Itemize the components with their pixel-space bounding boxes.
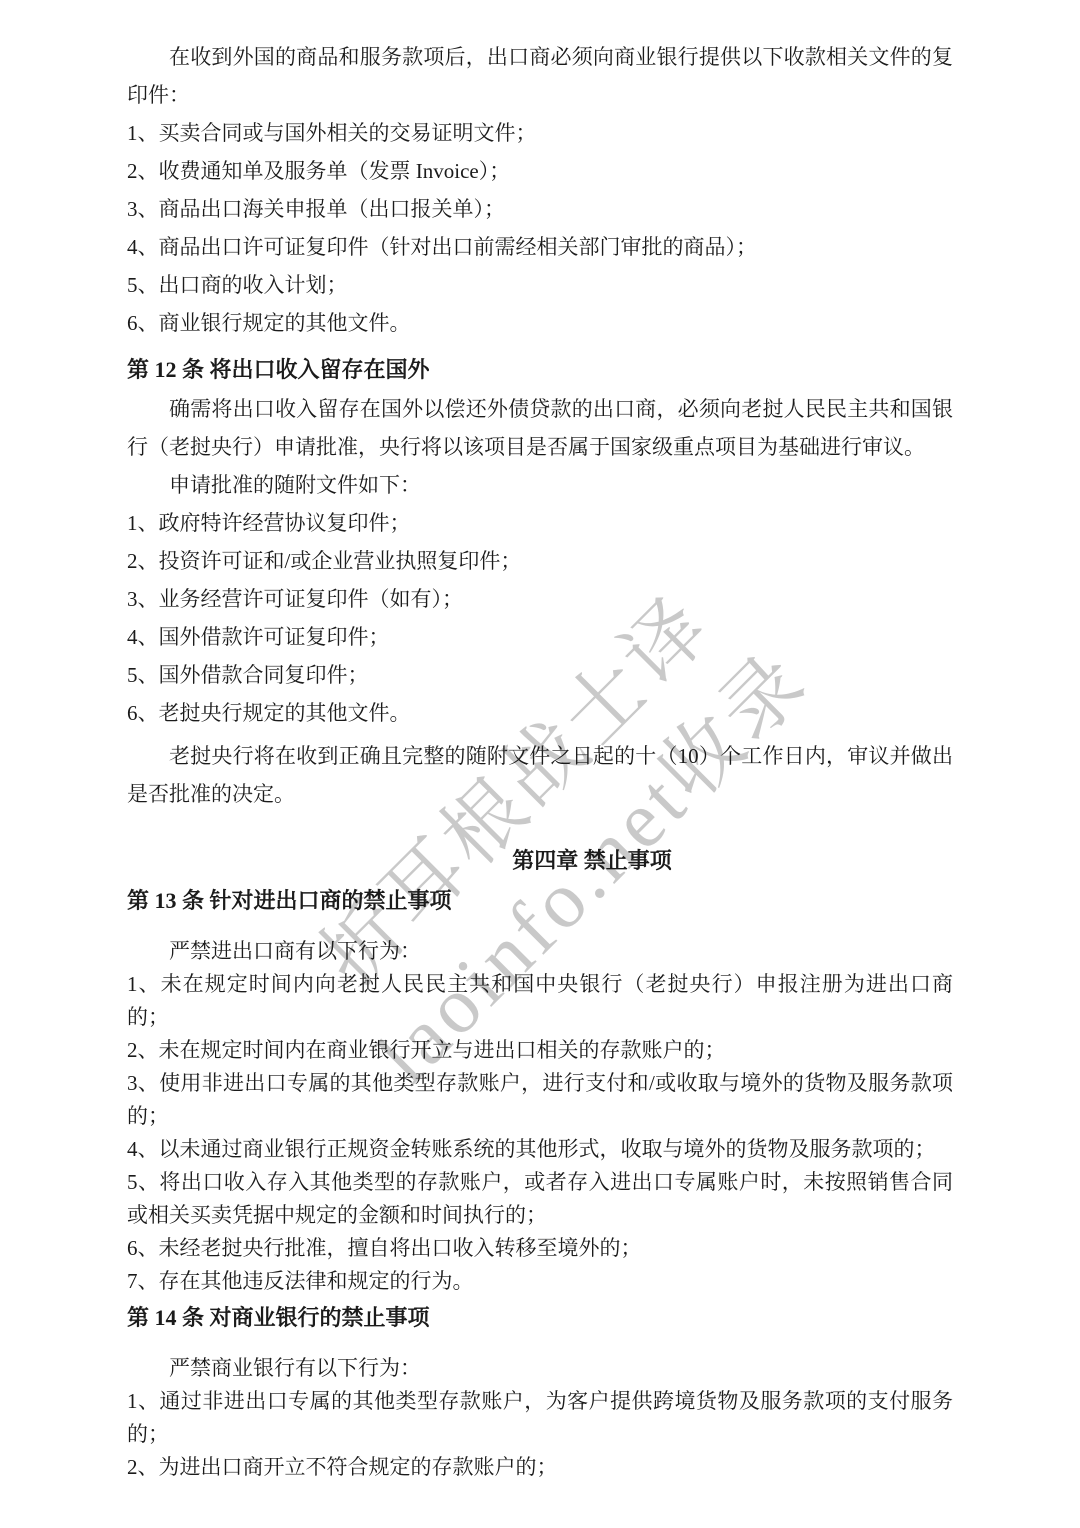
prohibition-item: 6、未经老挝央行批准，擅自将出口收入转移至境外的； [127,1232,953,1265]
attachment-item: 1、政府特许经营协议复印件； [127,504,953,542]
attachment-item: 3、业务经营许可证复印件（如有）； [127,580,953,618]
article-14-lead: 严禁商业银行有以下行为： [127,1352,953,1385]
prohibition-item: 4、以未通过商业银行正规资金转账系统的其他形式，收取与境外的货物及服务款项的； [127,1133,953,1166]
article-12-para-3: 老挝央行将在收到正确且完整的随附文件之日起的十（10）个工作日内，审议并做出是否… [127,737,953,813]
intro-paragraph: 在收到外国的商品和服务款项后，出口商必须向商业银行提供以下收款相关文件的复印件： [127,38,953,114]
receipt-doc-item: 6、商业银行规定的其他文件。 [127,304,953,342]
prohibition-item: 1、未在规定时间内向老挝人民民主共和国中央银行（老挝央行）申报注册为进出口商的； [127,968,953,1034]
article-12-heading: 第 12 条 将出口收入留存在国外 [127,350,953,390]
article-13-lead: 严禁进出口商有以下行为： [127,935,953,968]
receipt-doc-item: 3、商品出口海关申报单（出口报关单）； [127,190,953,228]
article-12-para-1: 确需将出口收入留存在国外以偿还外债贷款的出口商，必须向老挝人民民主共和国银行（老… [127,390,953,466]
prohibition-item: 3、使用非进出口专属的其他类型存款账户，进行支付和/或收取与境外的货物及服务款项… [127,1067,953,1133]
attachment-item: 4、国外借款许可证复印件； [127,618,953,656]
prohibition-item: 1、通过非进出口专属的其他类型存款账户，为客户提供跨境货物及服务款项的支付服务的… [127,1385,953,1451]
receipt-doc-item: 5、出口商的收入计划； [127,266,953,304]
receipt-doc-item: 4、商品出口许可证复印件（针对出口前需经相关部门审批的商品）； [127,228,953,266]
chapter-4-heading: 第四章 禁止事项 [127,841,953,881]
prohibition-item: 7、存在其他违反法律和规定的行为。 [127,1265,953,1298]
attachment-item: 6、老挝央行规定的其他文件。 [127,694,953,732]
receipt-doc-item: 2、收费通知单及服务单（发票 Invoice）； [127,152,953,190]
attachment-item: 2、投资许可证和/或企业营业执照复印件； [127,542,953,580]
prohibition-item: 5、将出口收入存入其他类型的存款账户，或者存入进出口专属账户时，未按照销售合同或… [127,1166,953,1232]
article-14-heading: 第 14 条 对商业银行的禁止事项 [127,1298,953,1338]
prohibition-item: 2、未在规定时间内在商业银行开立与进出口相关的存款账户的； [127,1034,953,1067]
document-content: 在收到外国的商品和服务款项后，出口商必须向商业银行提供以下收款相关文件的复印件：… [127,38,953,1484]
prohibition-item: 2、为进出口商开立不符合规定的存款账户的； [127,1451,953,1484]
receipt-doc-item: 1、买卖合同或与国外相关的交易证明文件； [127,114,953,152]
attachment-item: 5、国外借款合同复印件； [127,656,953,694]
article-13-heading: 第 13 条 针对进出口商的禁止事项 [127,881,953,921]
article-12-para-2: 申请批准的随附文件如下： [127,466,953,504]
